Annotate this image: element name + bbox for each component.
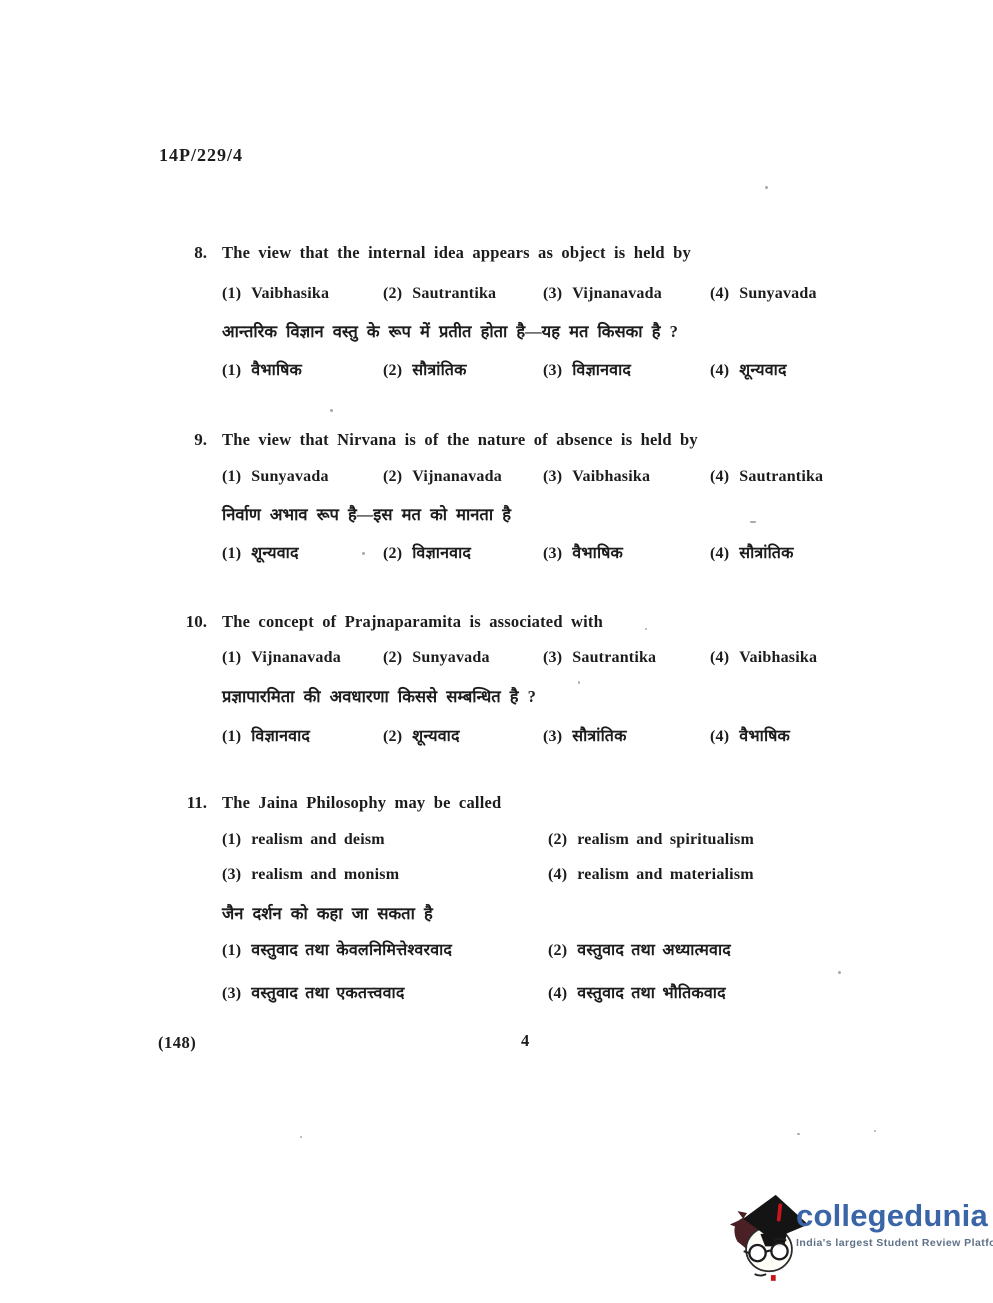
option-label: (2) <box>548 831 567 849</box>
option-label: (2) <box>383 728 402 746</box>
option-label: (1) <box>222 831 241 849</box>
option-text: शून्यवाद <box>251 545 298 562</box>
option-label: (3) <box>543 468 562 486</box>
option-label: (1) <box>222 362 241 380</box>
options-row-hi: (1)वस्तुवाद तथा केवलनिमित्तेश्वरवाद (2)व… <box>222 938 731 960</box>
option: (3)Sautrantika <box>543 649 710 667</box>
option: (1)शून्यवाद <box>222 541 383 563</box>
options-row-en: (1)Vijnanavada (2)Sunyavada (3)Sautranti… <box>222 649 817 667</box>
option-text: वस्तुवाद तथा अध्यात्मवाद <box>577 942 731 959</box>
option: (3)वैभाषिक <box>543 541 710 563</box>
option: (1)Sunyavada <box>222 468 383 486</box>
option-text: वैभाषिक <box>251 362 302 379</box>
logo-tagline: India's largest Student Review Platform <box>796 1237 993 1249</box>
option: (2)realism and spiritualism <box>548 831 754 849</box>
option-label: (1) <box>222 545 241 563</box>
option: (3)Vijnanavada <box>543 285 710 303</box>
option-text: realism and monism <box>251 866 399 883</box>
option-label: (4) <box>710 649 729 667</box>
scan-speck <box>330 409 333 412</box>
option-text: Sunyavada <box>739 285 816 302</box>
option-label: (3) <box>543 728 562 746</box>
option: (1)वैभाषिक <box>222 358 383 380</box>
option: (2)विज्ञानवाद <box>383 541 543 563</box>
option-text: Vijnanavada <box>412 468 502 485</box>
option: (1)वस्तुवाद तथा केवलनिमित्तेश्वरवाद <box>222 938 548 960</box>
option-label: (1) <box>222 468 241 486</box>
option-label: (3) <box>543 545 562 563</box>
option-text: Vaibhasika <box>251 285 329 302</box>
option: (2)सौत्रांतिक <box>383 358 543 380</box>
option-label: (4) <box>710 285 729 303</box>
option: (2)Sautrantika <box>383 285 543 303</box>
option-label: (4) <box>710 468 729 486</box>
scan-speck <box>578 681 580 684</box>
options-row-en: (1)Vaibhasika (2)Sautrantika (3)Vijnanav… <box>222 285 817 303</box>
option-label: (2) <box>383 285 402 303</box>
options-row-hi: (3)वस्तुवाद तथा एकतत्त्ववाद (4)वस्तुवाद … <box>222 981 726 1003</box>
scan-speck <box>645 628 647 630</box>
scan-speck <box>750 521 756 523</box>
option-text: realism and spiritualism <box>577 831 754 848</box>
option-text: Sautrantika <box>739 468 823 485</box>
question-text-en: The Jaina Philosophy may be called <box>222 793 501 813</box>
option-text: विज्ञानवाद <box>412 545 471 562</box>
option-text: Sunyavada <box>251 468 328 485</box>
option-label: (2) <box>383 545 402 563</box>
option-text: सौत्रांतिक <box>572 728 626 745</box>
question-number: 8. <box>158 243 207 263</box>
option-text: विज्ञानवाद <box>251 728 310 745</box>
question-text-en: The view that the internal idea appears … <box>222 243 691 263</box>
option-text: वस्तुवाद तथा केवलनिमित्तेश्वरवाद <box>251 942 452 959</box>
option-label: (2) <box>383 468 402 486</box>
option-label: (1) <box>222 728 241 746</box>
option-text: realism and materialism <box>577 866 754 883</box>
option-label: (3) <box>543 285 562 303</box>
logo-text-block: collegeduniacom India's largest Student … <box>796 1200 993 1249</box>
option-label: (4) <box>548 866 567 884</box>
option-text: वस्तुवाद तथा भौतिकवाद <box>577 985 726 1002</box>
option: (3)विज्ञानवाद <box>543 358 710 380</box>
option-label: (3) <box>222 985 241 1003</box>
option: (4)Sunyavada <box>710 285 817 303</box>
options-row-en: (3)realism and monism (4)realism and mat… <box>222 866 754 884</box>
question-text-en: The view that Nirvana is of the nature o… <box>222 430 698 450</box>
option-label: (3) <box>543 649 562 667</box>
question-text-en: The concept of Prajnaparamita is associa… <box>222 612 603 632</box>
option-label: (2) <box>548 942 567 960</box>
option: (3)realism and monism <box>222 866 548 884</box>
option: (4)realism and materialism <box>548 866 754 884</box>
option-text: Vaibhasika <box>739 649 817 666</box>
scan-speck <box>874 1130 876 1132</box>
question-text-hi: निर्वाण अभाव रूप है—इस मत को मानता है <box>222 502 511 525</box>
option-text: Sunyavada <box>412 649 489 666</box>
option-text: सौत्रांतिक <box>412 362 466 379</box>
option: (4)Sautrantika <box>710 468 823 486</box>
option-label: (3) <box>222 866 241 884</box>
option: (3)सौत्रांतिक <box>543 724 710 746</box>
option-label: (4) <box>710 545 729 563</box>
option: (4)वैभाषिक <box>710 724 790 746</box>
question-number: 11. <box>158 793 207 813</box>
option: (2)शून्यवाद <box>383 724 543 746</box>
option: (2)वस्तुवाद तथा अध्यात्मवाद <box>548 938 731 960</box>
option-label: (4) <box>710 362 729 380</box>
option: (1)Vijnanavada <box>222 649 383 667</box>
options-row-hi: (1)वैभाषिक (2)सौत्रांतिक (3)विज्ञानवाद (… <box>222 358 787 380</box>
option: (2)Vijnanavada <box>383 468 543 486</box>
option-label: (1) <box>222 649 241 667</box>
option-label: (4) <box>710 728 729 746</box>
options-row-en: (1)Sunyavada (2)Vijnanavada (3)Vaibhasik… <box>222 468 823 486</box>
series-code: (148) <box>158 1033 196 1053</box>
option-text: realism and deism <box>251 831 385 848</box>
option: (3)वस्तुवाद तथा एकतत्त्ववाद <box>222 981 548 1003</box>
option: (4)वस्तुवाद तथा भौतिकवाद <box>548 981 726 1003</box>
option-text: Vijnanavada <box>251 649 341 666</box>
option: (4)Vaibhasika <box>710 649 817 667</box>
option-text: शून्यवाद <box>739 362 786 379</box>
option-text: Sautrantika <box>572 649 656 666</box>
option-text: Vaibhasika <box>572 468 650 485</box>
scan-speck <box>838 971 841 974</box>
option: (2)Sunyavada <box>383 649 543 667</box>
option-text: विज्ञानवाद <box>572 362 631 379</box>
question-number: 10. <box>158 612 207 632</box>
scanned-exam-page: 14P/229/4 8. The view that the internal … <box>0 0 993 1303</box>
option-label: (1) <box>222 942 241 960</box>
options-row-hi: (1)विज्ञानवाद (2)शून्यवाद (3)सौत्रांतिक … <box>222 724 790 746</box>
option-label: (1) <box>222 285 241 303</box>
option-label: (2) <box>383 649 402 667</box>
logo-wordmark: collegedunia <box>796 1198 988 1233</box>
option: (1)realism and deism <box>222 831 548 849</box>
option-text: वैभाषिक <box>739 728 790 745</box>
question-text-hi: प्रज्ञापारमिता की अवधारणा किससे सम्बन्धि… <box>222 684 536 707</box>
collegedunia-logo: collegeduniacom India's largest Student … <box>726 1186 992 1282</box>
option: (1)Vaibhasika <box>222 285 383 303</box>
scan-speck <box>765 186 768 189</box>
option-text: वैभाषिक <box>572 545 623 562</box>
scan-speck <box>797 1133 800 1135</box>
question-text-hi: आन्तरिक विज्ञान वस्तु के रूप में प्रतीत … <box>222 319 678 342</box>
option-text: Vijnanavada <box>572 285 662 302</box>
option-text: शून्यवाद <box>412 728 459 745</box>
option-text: वस्तुवाद तथा एकतत्त्ववाद <box>251 985 404 1002</box>
question-text-hi: जैन दर्शन को कहा जा सकता है <box>222 901 433 924</box>
page-number: 4 <box>521 1031 529 1051</box>
option-label: (4) <box>548 985 567 1003</box>
option-text: Sautrantika <box>412 285 496 302</box>
options-row-en: (1)realism and deism (2)realism and spir… <box>222 831 754 849</box>
option: (4)शून्यवाद <box>710 358 787 380</box>
option: (4)सौत्रांतिक <box>710 541 794 563</box>
option: (3)Vaibhasika <box>543 468 710 486</box>
option: (1)विज्ञानवाद <box>222 724 383 746</box>
option-label: (3) <box>543 362 562 380</box>
question-number: 9. <box>158 430 207 450</box>
options-row-hi: (1)शून्यवाद (2)विज्ञानवाद (3)वैभाषिक (4)… <box>222 541 794 563</box>
scan-speck <box>362 552 365 555</box>
paper-code: 14P/229/4 <box>159 145 243 166</box>
option-label: (2) <box>383 362 402 380</box>
scan-speck <box>300 1136 302 1138</box>
option-text: सौत्रांतिक <box>739 545 793 562</box>
